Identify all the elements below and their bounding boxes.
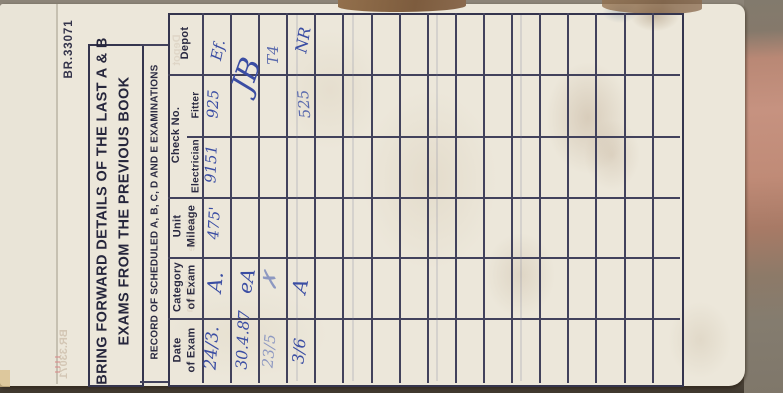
ghost-header-category: of Exam [185,274,196,313]
show-through-line [436,15,438,381]
show-through-line [296,15,298,381]
table-gridline [567,13,569,383]
header-date: Date of Exam [171,328,199,373]
header-electrician: Electrician [191,139,202,193]
entry-date: 30.4.87 [232,310,253,370]
yellow-paper-sliver [0,370,10,387]
table-gridline [595,13,597,383]
page-title: BRING FORWARD DETAILS OF THE LAST A & B … [92,37,136,384]
scanned-exam-record-card: BR.33071 BR.33071 BRING FORWARD DETAILS … [0,0,783,393]
entry-unit-mileage: 475' [204,206,224,240]
show-through-line [352,15,354,381]
table-gridline [168,257,680,259]
form-code: BR.33071 [63,20,75,79]
table-gridline [455,13,457,383]
entry-date: 24/3. [201,326,224,371]
table-gridline [652,13,654,383]
finger-background [744,0,783,393]
entry-date: 3/6 [288,337,309,364]
show-through-line [520,15,522,381]
table-gridline [511,13,513,383]
header-fitter: Fitter [191,92,202,119]
entry-check-fitter: 525 [294,89,314,119]
entry-category: eA [234,267,260,295]
table-gridline [371,13,373,383]
table-gridline [483,13,485,383]
table-gridline [286,13,288,383]
table-gridline [314,13,316,383]
page-edge-shadow [56,4,58,384]
table-gridline [624,13,626,383]
entry-depot: T4 [264,45,282,65]
ghost-header-depot: Depot [171,34,185,65]
table-gridline [399,13,401,383]
table-gridline [187,136,680,138]
book-cover-edge [0,4,56,386]
record-subtitle: RECORD OF SCHEDULED A, B, C, D AND E EXA… [150,65,161,360]
entry-check-electrician: 9151 [201,145,220,184]
entry-date: 23/5 [259,333,280,368]
form-code-ink-transfer: BR.33071 [58,329,70,379]
entry-category: A. [202,270,228,293]
page-title-line2: EXAMS FROM THE PREVIOUS BOOK [114,37,136,384]
page-title-line1: BRING FORWARD DETAILS OF THE LAST A & B [92,37,114,384]
ghost-header-mileage: Mileage [187,215,198,252]
entry-check-fitter: 925 [204,89,223,118]
header-check-no: Check No. [170,107,184,164]
table-gridline [539,13,541,383]
table-gridline [168,197,680,199]
table-gridline [342,13,344,383]
table-gridline [427,13,429,383]
